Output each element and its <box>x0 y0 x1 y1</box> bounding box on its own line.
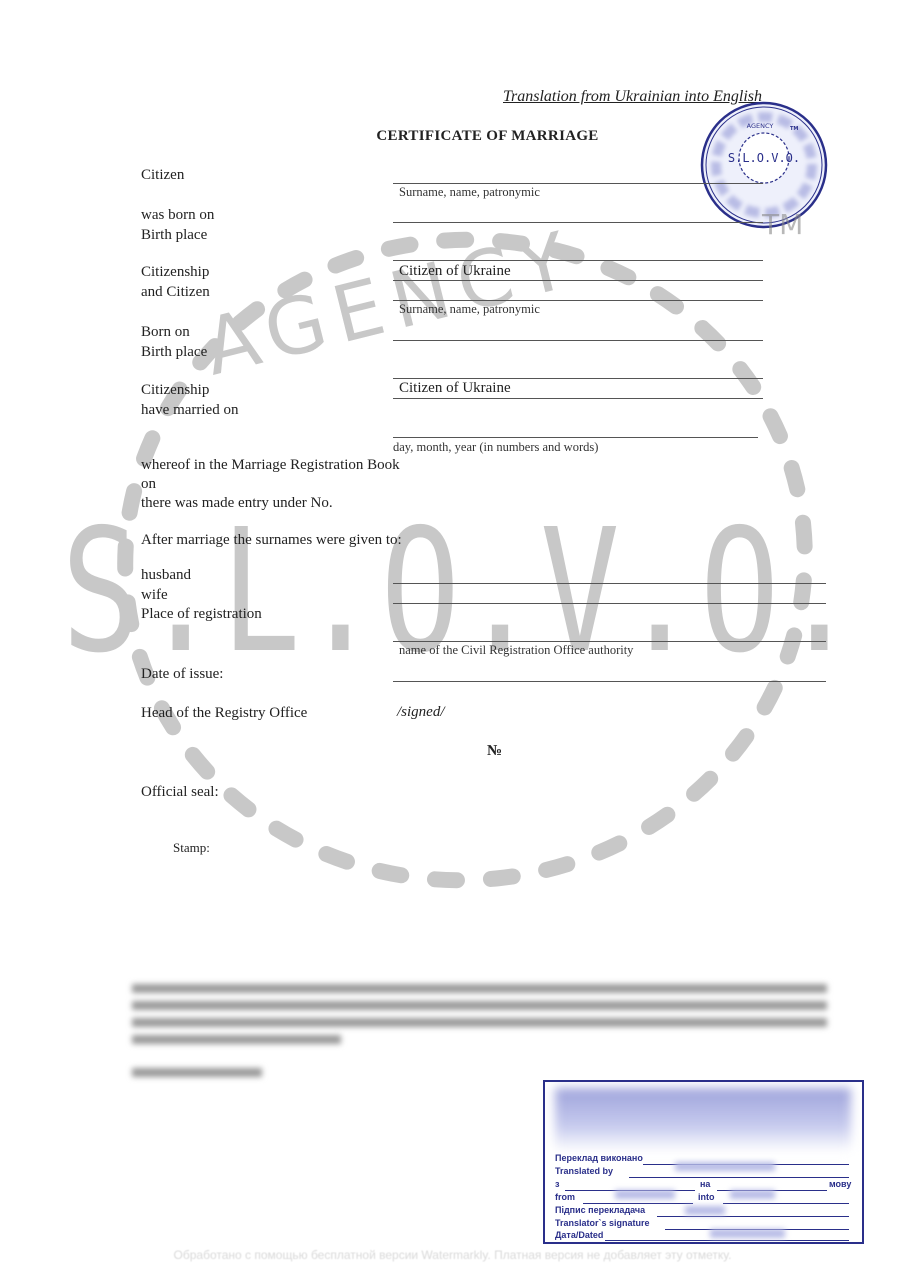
line-place-of-registration <box>393 641 826 642</box>
line-date-of-issue <box>393 681 826 682</box>
stamp-signature-blurred <box>685 1206 725 1215</box>
label-citizenship-2: Citizenship <box>141 380 209 400</box>
line-citizen <box>393 183 763 184</box>
label-whereof: whereof in the Marriage Registration Boo… <box>141 455 400 475</box>
label-citizenship: Citizenship <box>141 262 209 282</box>
label-and-citizen: and Citizen <box>141 282 210 302</box>
seal-tm-large: TM <box>761 208 803 236</box>
stamp-row-from: from <box>555 1192 575 1202</box>
label-married-on: have married on <box>141 400 238 420</box>
label-born-on-2: Born on <box>141 322 190 342</box>
label-place-of-registration: Place of registration <box>141 604 262 624</box>
label-on: on <box>141 474 156 494</box>
stamp-line-4a <box>583 1203 693 1204</box>
stamp-row-into: into <box>698 1192 715 1202</box>
seal-top-text: AGENCY <box>747 122 774 130</box>
stamp-row-dated: Дата/Dated <box>555 1230 603 1240</box>
hint-and-citizen-name: Surname, name, patronymic <box>399 302 540 317</box>
value-citizenship: Citizen of Ukraine <box>399 263 511 280</box>
stamp-row-from-ua: з <box>555 1179 559 1189</box>
stamp-line-4b <box>723 1203 849 1204</box>
stamp-row-into-ua: на <box>700 1179 710 1189</box>
stamp-from-language-blurred <box>615 1190 675 1199</box>
value-citizenship-2: Citizen of Ukraine <box>399 380 511 397</box>
translator-stamp: Переклад виконано Translated by з на мов… <box>543 1080 864 1244</box>
stamp-row-translated-ua: Переклад виконано <box>555 1153 643 1163</box>
label-date-of-issue: Date of issue: <box>141 664 223 684</box>
stamp-line-7 <box>605 1240 849 1241</box>
line-and-citizen <box>393 300 763 301</box>
stamp-translator-name-blurred <box>675 1162 775 1171</box>
line-birth-place <box>393 222 763 223</box>
line-wife <box>393 603 826 604</box>
line-married-on <box>393 437 758 438</box>
label-birth-place-2: Birth place <box>141 342 207 362</box>
line-citizenship-2-top <box>393 378 763 379</box>
label-official-seal: Official seal: <box>141 782 219 802</box>
value-head-signed: /signed/ <box>397 704 445 721</box>
stamp-row-signature: Translator`s signature <box>555 1218 650 1228</box>
label-surnames-given: After marriage the surnames were given t… <box>141 530 402 550</box>
label-citizen: Citizen <box>141 165 184 185</box>
stamp-into-language-blurred <box>730 1190 775 1199</box>
stamp-row-translated-by: Translated by <box>555 1166 613 1176</box>
blurred-translator-statement <box>132 980 827 1052</box>
line-husband <box>393 583 826 584</box>
label-entry-number: there was made entry under No. <box>141 493 333 513</box>
watermarkly-footer-note: Обработано с помощью бесплатной версии W… <box>0 1248 905 1262</box>
hint-married-on: day, month, year (in numbers and words) <box>393 440 598 455</box>
number-sign: № <box>487 741 502 761</box>
watermark-slovo-text: S.L.O.V.O. <box>61 492 859 690</box>
agency-seal: S.L.O.V.O. AGENCY TM TM <box>698 94 830 236</box>
stamp-row-language-ua: мову <box>829 1179 851 1189</box>
line-citizenship-bottom <box>393 280 763 281</box>
label-born-on: was born on <box>141 205 214 225</box>
line-citizenship-2-bottom <box>393 398 763 399</box>
blurred-translator-name <box>132 1068 262 1077</box>
label-wife: wife <box>141 585 168 605</box>
seal-tm-small: TM <box>790 126 798 132</box>
hint-place-of-registration: name of the Civil Registration Office au… <box>399 643 633 658</box>
label-birth-place: Birth place <box>141 225 207 245</box>
line-citizenship-top <box>393 260 763 261</box>
stamp-line-2 <box>629 1177 849 1178</box>
seal-center-text: S.L.O.V.O. <box>728 151 800 165</box>
stamp-row-signature-ua: Підпис перекладача <box>555 1205 645 1215</box>
hint-citizen-name: Surname, name, patronymic <box>399 185 540 200</box>
label-head-of-registry: Head of the Registry Office <box>141 703 307 723</box>
stamp-line-5 <box>657 1216 849 1217</box>
stamp-header-blurred <box>555 1088 851 1152</box>
label-stamp: Stamp: <box>173 838 210 858</box>
label-husband: husband <box>141 565 191 585</box>
line-birth-place-2 <box>393 340 763 341</box>
stamp-date-blurred <box>710 1229 785 1238</box>
